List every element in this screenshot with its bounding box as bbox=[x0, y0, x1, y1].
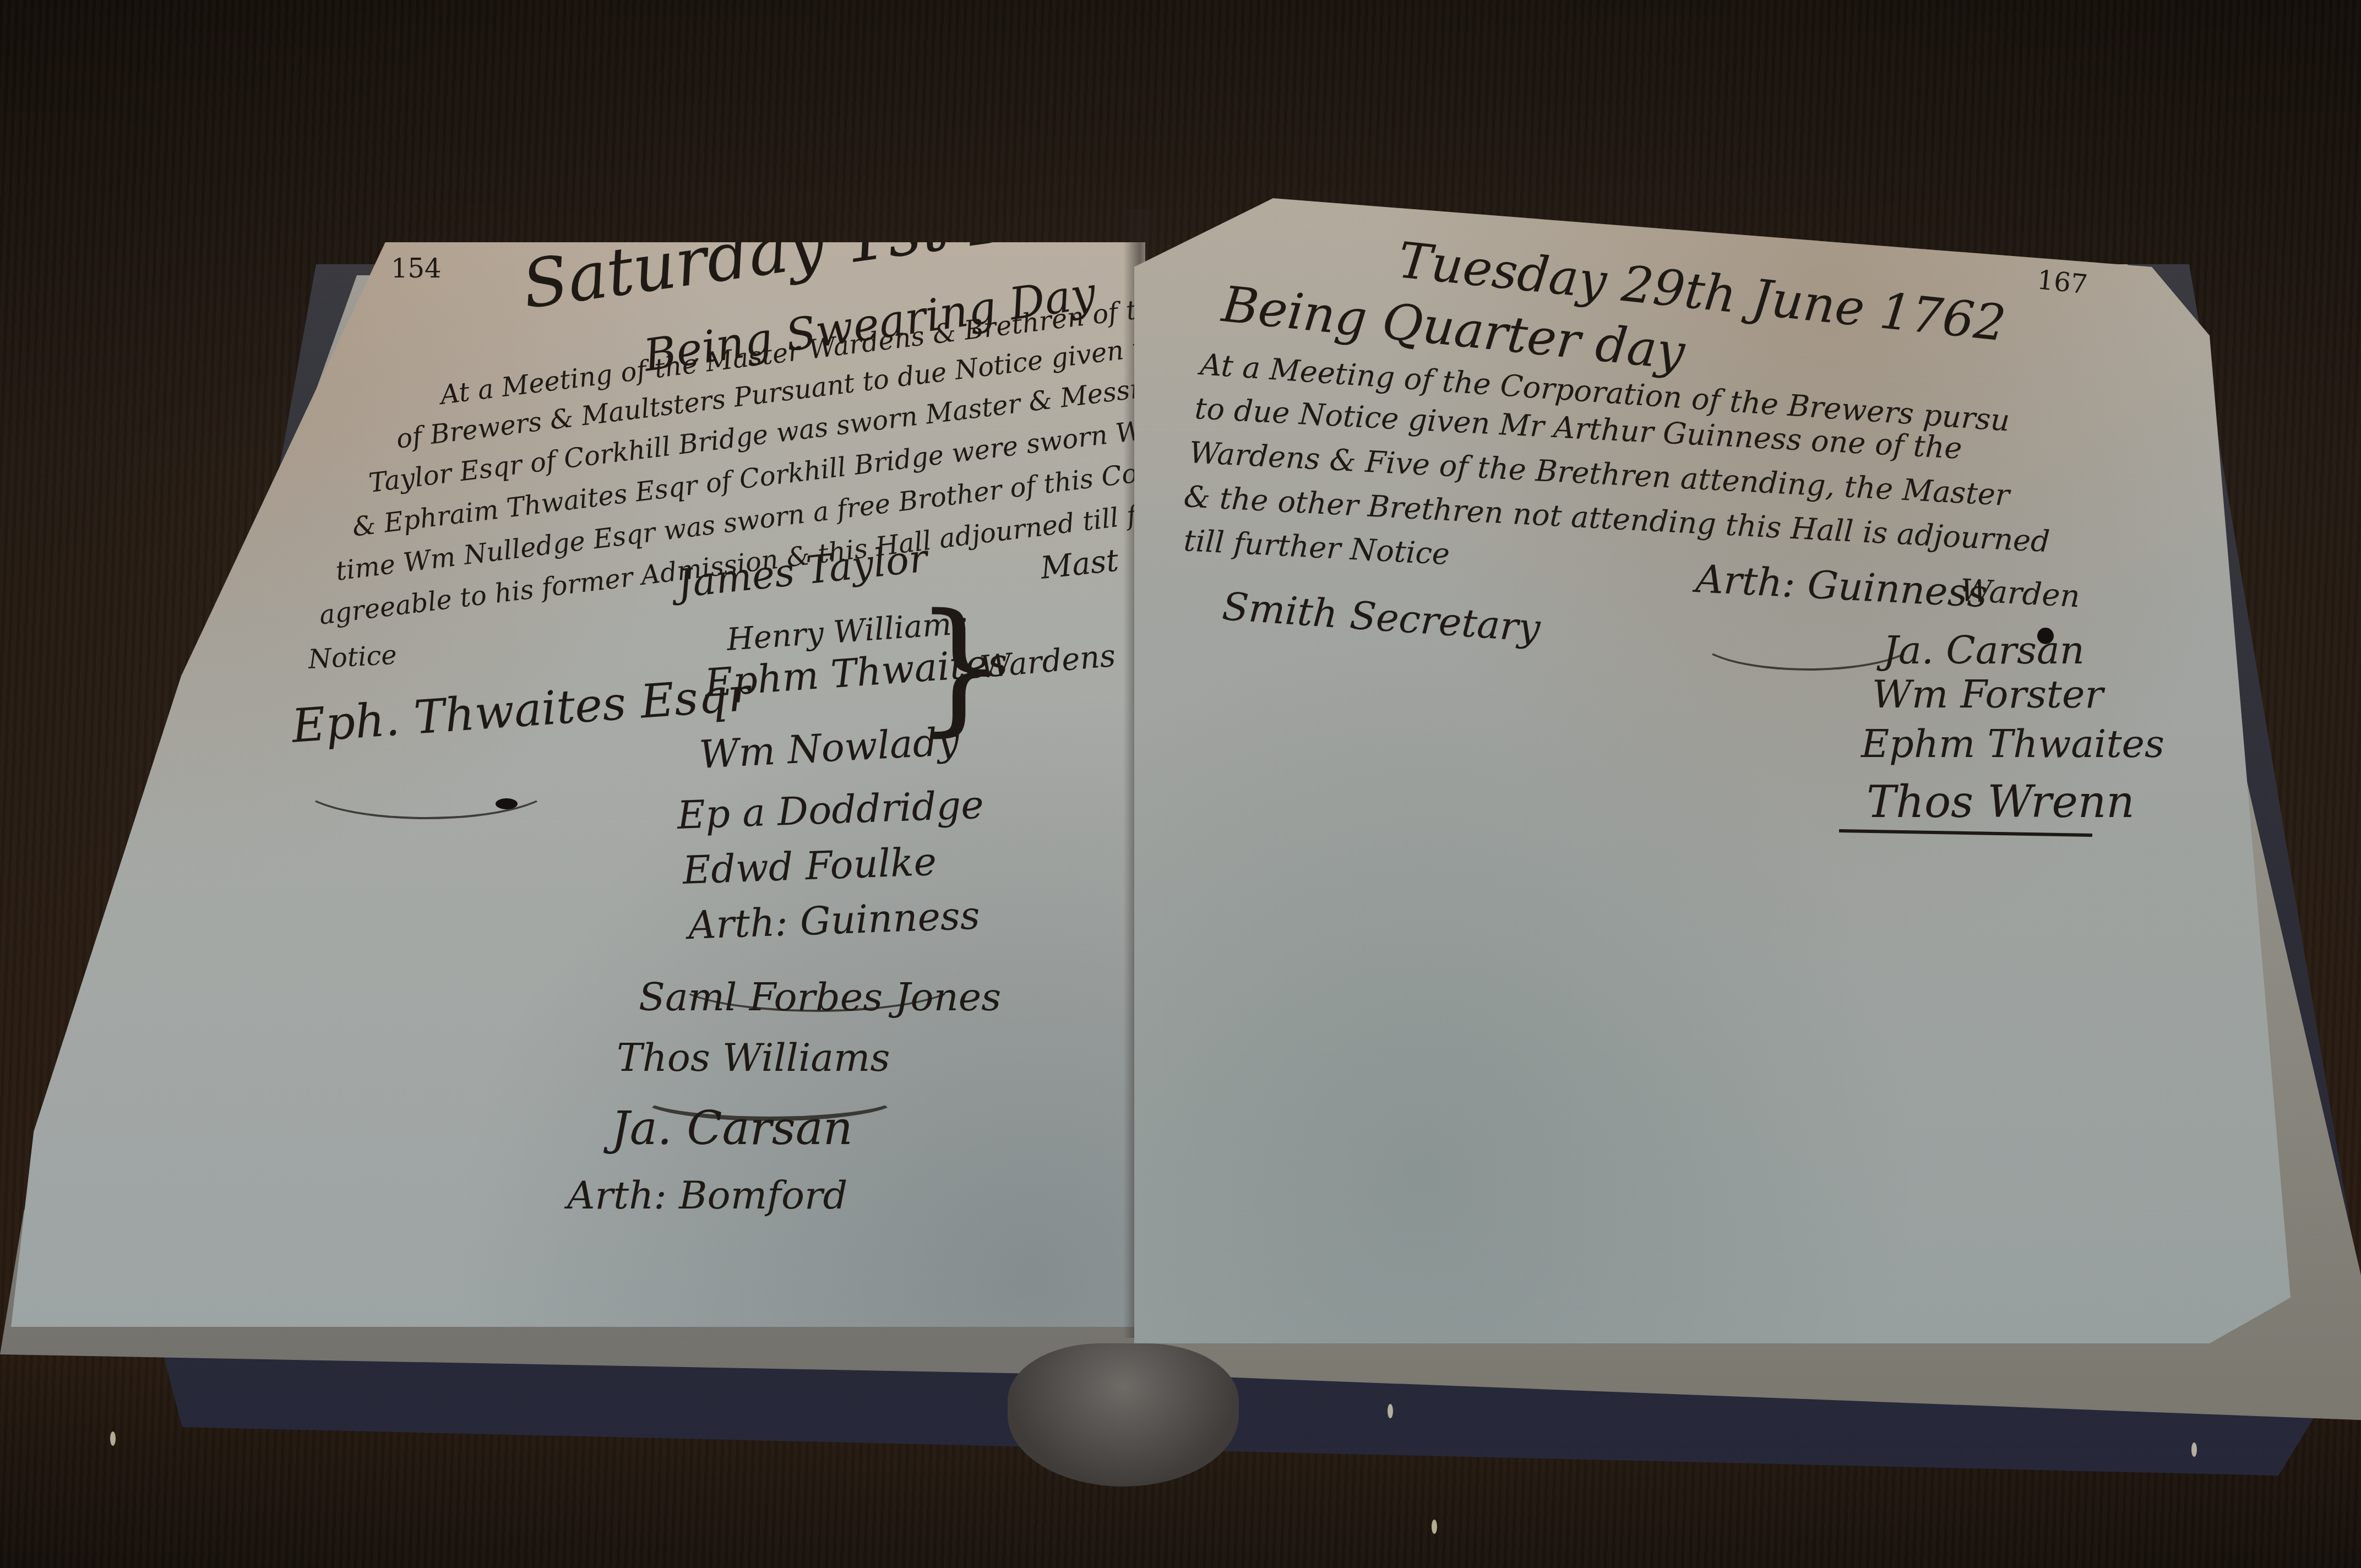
brother-signature: Arth: Guinness bbox=[688, 893, 981, 948]
signature-underline bbox=[1839, 829, 2092, 837]
brother-signature: Wm Nowlady bbox=[698, 718, 960, 777]
warden-label: Warden bbox=[1959, 573, 2081, 614]
brother-signature: Edwd Foulke bbox=[682, 839, 938, 893]
minute-line: till further Notice bbox=[1183, 523, 1450, 571]
book-spine-headband bbox=[1008, 1343, 1239, 1487]
ink-blot bbox=[2037, 628, 2054, 644]
signature-flourish bbox=[297, 749, 555, 819]
brother-signature: Ja. Carsan bbox=[1883, 628, 2085, 673]
brother-signature: Ja. Carsan bbox=[611, 1101, 853, 1155]
brother-signature: Wm Forster bbox=[1872, 672, 2103, 717]
left-page: 154 Saturday 1st December 1759 Being Swe… bbox=[11, 242, 1145, 1327]
right-page-number: 167 bbox=[2036, 264, 2089, 300]
left-page-number: 154 bbox=[391, 253, 442, 284]
clerk-signature: Smith Secretary bbox=[1221, 584, 1542, 651]
brother-signature: Ephm Thwaites bbox=[1861, 721, 2164, 766]
table-debris bbox=[2191, 1442, 2197, 1457]
right-page: 167 Tuesday 29th June 1762 Being Quarter… bbox=[1134, 198, 2291, 1343]
master-label: Mast bbox=[1039, 542, 1120, 586]
brother-signature: Thos Wrenn bbox=[1867, 776, 2135, 827]
table-debris bbox=[110, 1431, 116, 1446]
table-debris bbox=[1388, 1404, 1393, 1418]
ink-blot bbox=[496, 798, 518, 809]
brother-signature: Saml Forbes Jones bbox=[639, 974, 1001, 1020]
left-margin-signature: Eph. Thwaites Esqr bbox=[290, 667, 752, 753]
brother-signature: Arth: Bomford bbox=[567, 1173, 847, 1218]
table-debris bbox=[1432, 1520, 1437, 1534]
minute-line: Notice bbox=[308, 640, 398, 675]
open-ledger-book: 154 Saturday 1st December 1759 Being Swe… bbox=[0, 0, 2361, 1568]
brother-signature: Ep a Doddridge bbox=[677, 782, 984, 838]
